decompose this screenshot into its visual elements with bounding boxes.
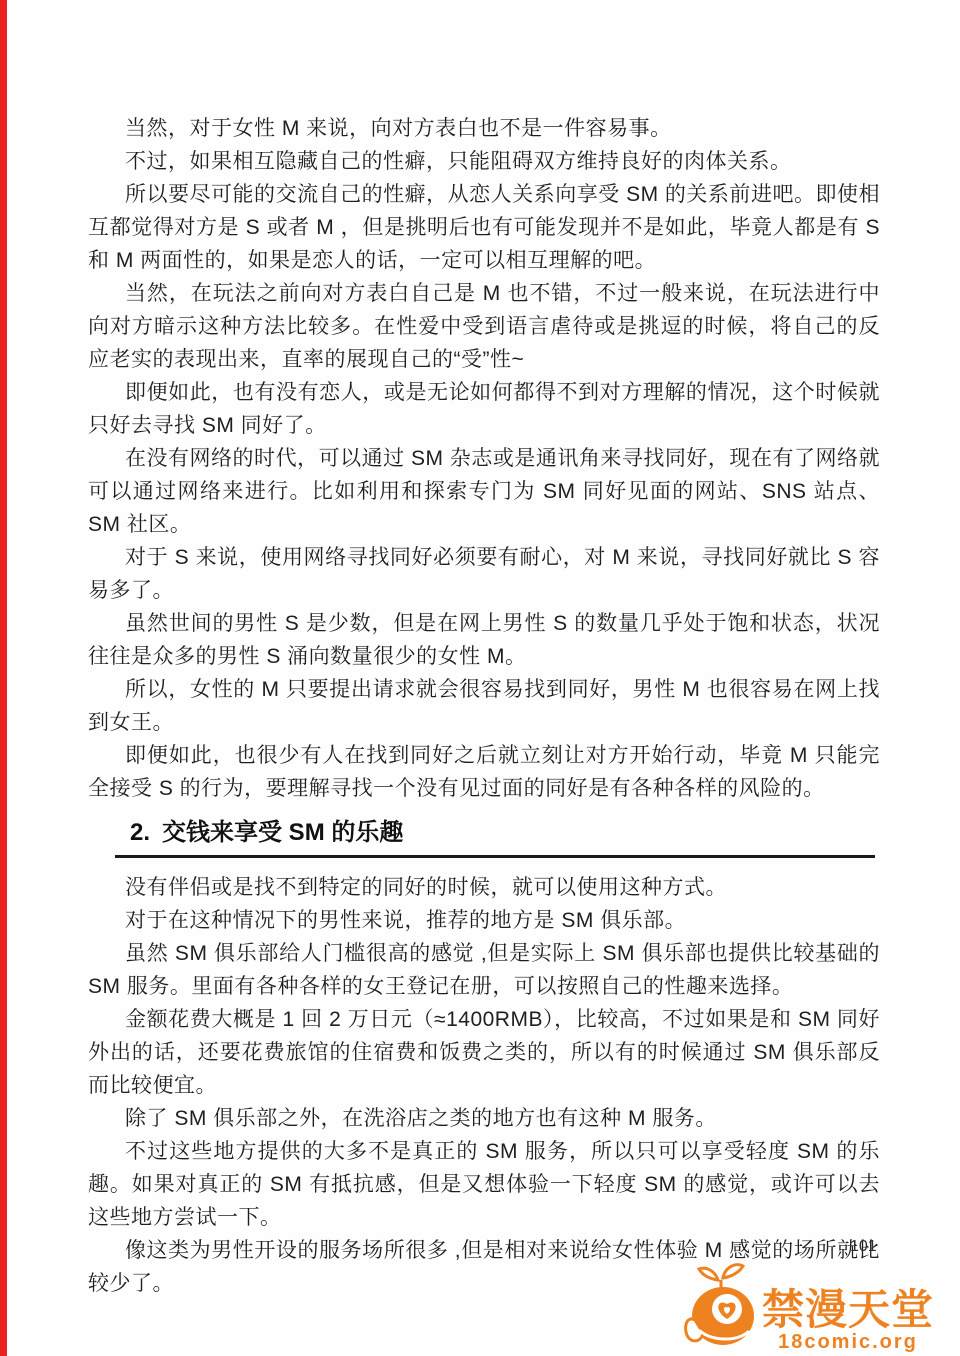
paragraph: 对于 S 来说，使用网络寻找同好必须要有耐心，对 M 来说，寻找同好就比 S 容…	[88, 541, 880, 607]
document-page: 当然，对于女性 M 来说，向对方表白也不是一件容易事。 不过，如果相互隐藏自己的…	[0, 0, 960, 1356]
paragraph: 即便如此，也很少有人在找到同好之后就立刻让对方开始行动，毕竟 M 只能完全接受 …	[88, 739, 880, 805]
section-heading-title: 交钱来享受 SM 的乐趣	[162, 819, 403, 846]
paragraph: 金额花费大概是 1 回 2 万日元（≈1400RMB），比较高，不过如果是和 S…	[88, 1003, 880, 1102]
page-number: 101	[850, 1238, 877, 1256]
paragraph: 除了 SM 俱乐部之外，在洗浴店之类的地方也有这种 M 服务。	[88, 1102, 880, 1135]
paragraph: 没有伴侣或是找不到特定的同好的时候，就可以使用这种方式。	[88, 871, 880, 904]
section-heading-number: 2.	[130, 819, 150, 846]
paragraph: 不过这些地方提供的大多不是真正的 SM 服务，所以只可以享受轻度 SM 的乐趣。…	[88, 1135, 880, 1234]
section-heading: 2.交钱来享受 SM 的乐趣	[115, 819, 875, 858]
whale-mascot-icon	[684, 1259, 758, 1354]
paragraph: 所以要尽可能的交流自己的性癖，从恋人关系向享受 SM 的关系前进吧。即使相互都觉…	[88, 178, 880, 277]
left-edge-red-strip	[0, 0, 7, 1356]
page-content: 当然，对于女性 M 来说，向对方表白也不是一件容易事。 不过，如果相互隐藏自己的…	[88, 112, 880, 1300]
paragraph: 所以，女性的 M 只要提出请求就会很容易找到同好，男性 M 也很容易在网上找到女…	[88, 673, 880, 739]
paragraph: 不过，如果相互隐藏自己的性癖，只能阻碍双方维持良好的肉体关系。	[88, 145, 880, 178]
brand-text: 禁漫天堂 18comic.org	[762, 1288, 934, 1354]
paragraph: 在没有网络的时代，可以通过 SM 杂志或是通讯角来寻找同好，现在有了网络就可以通…	[88, 442, 880, 541]
brand-site-url: 18comic.org	[778, 1330, 918, 1354]
brand-site-name: 禁漫天堂	[762, 1288, 934, 1332]
paragraph: 即便如此，也有没有恋人，或是无论如何都得不到对方理解的情况，这个时候就只好去寻找…	[88, 376, 880, 442]
watermark-logo: 禁漫天堂 18comic.org	[684, 1259, 934, 1354]
paragraph: 当然，对于女性 M 来说，向对方表白也不是一件容易事。	[88, 112, 880, 145]
paragraph: 当然，在玩法之前向对方表白自己是 M 也不错，不过一般来说，在玩法进行中向对方暗…	[88, 277, 880, 376]
paragraph: 虽然世间的男性 S 是少数，但是在网上男性 S 的数量几乎处于饱和状态，状况往往…	[88, 607, 880, 673]
paragraph: 虽然 SM 俱乐部给人门槛很高的感觉 ,但是实际上 SM 俱乐部也提供比较基础的…	[88, 937, 880, 1003]
paragraph: 对于在这种情况下的男性来说，推荐的地方是 SM 俱乐部。	[88, 904, 880, 937]
